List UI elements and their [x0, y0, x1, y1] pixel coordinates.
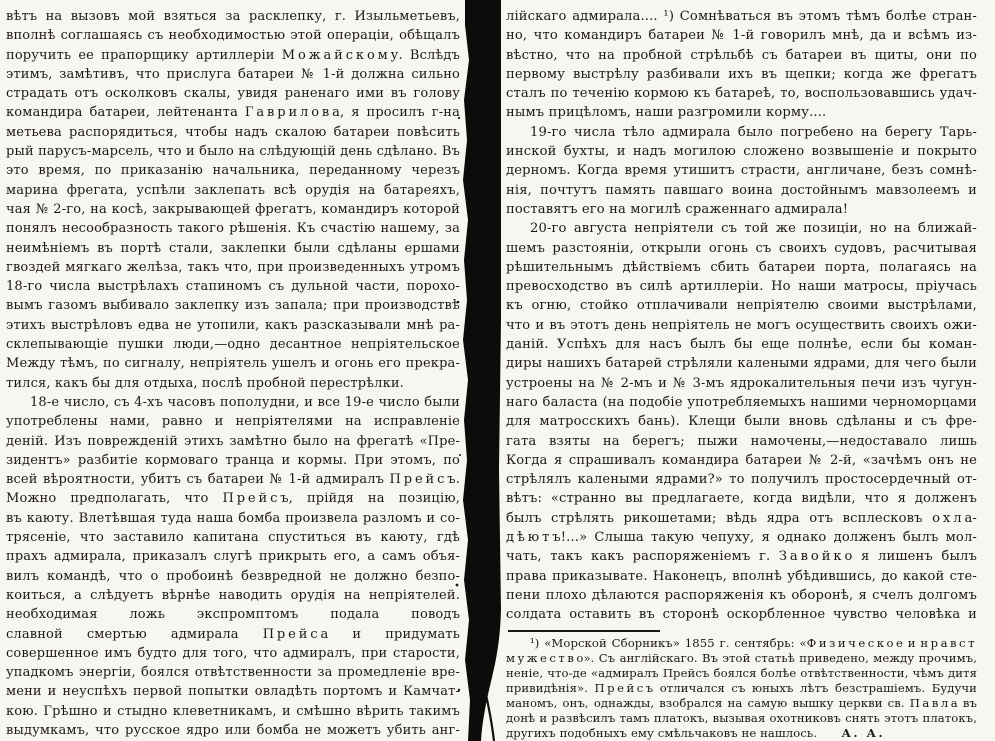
text-line: сталъ по теченію кормою къ батареѣ, то, … [506, 84, 977, 103]
text-line: 18-го числа выстрѣлахъ стапиномъ съ дуль… [6, 277, 460, 296]
text-line: шемъ разстояніи, открыли огонь съ своихъ… [506, 239, 977, 258]
text-line: необходимая ложь экспромптомъ подала пов… [6, 605, 460, 624]
text-line: кою. Грѣшно и стыдно клеветникамъ, и смѣ… [6, 702, 460, 721]
text-line: въ каюту. Влетѣвшая туда наша бомба прои… [6, 509, 460, 528]
text-line: этимъ, замѣтивъ, что прислуга батареи № … [6, 65, 460, 84]
text-line: первому выстрѣлу разбивали ихъ въ щепки;… [506, 65, 977, 84]
text-line: вѣтъ на вызовъ мой взяться за расклепку,… [6, 7, 460, 26]
text-line: стрѣлялъ калеными ядрами?» то получилъ п… [506, 470, 977, 489]
text-line: Когда я спрашивалъ командира батареи № 2… [506, 451, 977, 470]
text-line: поручить ее прапорщику артиллеріи М о ж … [6, 46, 460, 65]
text-line: Можно предполагать, что П р е й с ъ, прі… [6, 489, 460, 508]
text-line: прахъ адмирала, приказалъ слугѣ прикрыть… [6, 547, 460, 566]
book-gutter-shadow [455, 0, 505, 741]
scan-speckle [457, 301, 460, 304]
text-line: м у ж е с т в о». Съ англійскаго. Въ это… [506, 651, 977, 666]
text-line: маномъ, онъ, однажды, взобрался на самую… [506, 696, 977, 711]
text-line: что и въ этотъ день непріятель не могъ о… [506, 316, 977, 335]
text-line: гата взяты на берегъ; пыжи намочены,—нед… [506, 432, 977, 451]
text-line: чая № 2-го, на косѣ, закрывающей фрегатъ… [6, 200, 460, 219]
text-line: вѣстно, что на пробной стрѣльбѣ съ батар… [506, 46, 977, 65]
text-line: 20-го августа непріятели съ той же позиц… [506, 219, 977, 238]
text-line: всей вѣроятности, убитъ съ батареи № 1-й… [6, 470, 460, 489]
book-scan-spread: вѣтъ на вызовъ мой взяться за расклепку,… [0, 0, 995, 741]
text-line: вполнѣ соглашаясь съ необходимостью этой… [6, 26, 460, 45]
text-line: солдата оставить въ сторонѣ оскорбленное… [506, 605, 977, 624]
text-line: склепывающіе пушки люди,—одно десантное … [6, 335, 460, 354]
footnote: ¹) «Морской Сборникъ» 1855 г. сентябрь: … [506, 636, 977, 741]
text-line: метьева распорядиться, чтобы надъ скалою… [6, 123, 460, 142]
text-line: для матросскихъ бань). Клещи были вновь … [506, 412, 977, 431]
text-line: рѣшительнымъ дѣйствіемъ сбить батареи по… [506, 258, 977, 277]
text-line: трясеніе, что заставило капитана спустит… [6, 528, 460, 547]
text-line: 19-го числа тѣло адмирала было погребено… [506, 123, 977, 142]
text-line: но, что командиръ батареи № 1-й говорилъ… [506, 26, 977, 45]
text-line: Между тѣмъ, по сигналу, непріятель ушелъ… [6, 354, 460, 373]
text-line: это время, по приказанію начальника, пер… [6, 161, 460, 180]
text-line: деній. Изъ поврежденій этихъ замѣтно был… [6, 432, 460, 451]
text-line: тился, какъ бы для отдыха, послѣ пробной… [6, 374, 460, 393]
text-line: былъ стрѣлять рикошетами; вѣдь ядра отъ … [506, 509, 977, 528]
text-line: нымъ прицѣломъ, наши разгромили корму...… [506, 103, 977, 122]
text-line: наго баласта (на подобіе употребляемыхъ … [506, 393, 977, 412]
text-line: даній. Успѣхъ для насъ былъ бы еще полнѣ… [506, 335, 977, 354]
footnote-signature: А. А. [842, 726, 886, 741]
text-line: командира батареи, лейтенанта Г а в р и … [6, 103, 460, 122]
text-line: неимѣніемъ въ портѣ стали, заклепки были… [6, 239, 460, 258]
text-line: А. А.другихъ подобныхъ ему смѣльчаковъ н… [506, 726, 977, 741]
text-line: зидентъ» разбитіе кормоваго транца и кор… [6, 451, 460, 470]
text-line: пени плохо дѣлаются распоряженія къ обор… [506, 586, 977, 605]
gutter-ink-band [463, 0, 501, 741]
text-line: инской бухты, и надъ могилою сложено воз… [506, 142, 977, 161]
text-line: превосходство въ силѣ артиллеріи. Но наш… [506, 277, 977, 296]
text-line: вилъ командѣ, что о пробоинѣ безвредной … [6, 567, 460, 586]
text-line: вѣтъ: «странно вы предлагаете, когда вид… [506, 489, 977, 508]
left-page-column: вѣтъ на вызовъ мой взяться за расклепку,… [6, 7, 460, 740]
text-line: совершенное имъ будто для того, что адми… [6, 644, 460, 663]
text-line: славной смертью адмирала П р е й с а и п… [6, 625, 460, 644]
scan-speckle [458, 689, 460, 691]
right-page-column: лійскаго адмирала.... ¹) Сомнѣваться въ … [506, 7, 977, 741]
text-line: вымъ газомъ выбивало заклепку изъ запала… [6, 296, 460, 315]
text-line: диры нашихъ батарей стрѣляли калеными яд… [506, 354, 977, 373]
text-line: ¹) «Морской Сборникъ» 1855 г. сентябрь: … [506, 636, 977, 651]
text-line: коиться, а слѣдуетъ вѣрнѣе наводить оруд… [6, 586, 460, 605]
text-line: неніе, что-де «адмиралъ Прейсъ боялся бо… [506, 666, 977, 681]
text-line: гвоздей мягкаго желѣза, такъ что, при пр… [6, 258, 460, 277]
text-line: выдумкамъ, что русское ядро или бомба не… [6, 721, 460, 740]
text-line: употреблены нами, равно и непріятелями н… [6, 412, 460, 431]
scan-speckle [459, 454, 461, 456]
text-line: упадкомъ энергіи, боялся отвѣтственности… [6, 663, 460, 682]
text-line: страдать отъ осколковъ скалы, увидя ране… [6, 84, 460, 103]
scan-speckle [456, 584, 459, 587]
scan-speckle [458, 117, 460, 119]
text-line: устроены на № 2-мъ и № 3-мъ ядрокалитель… [506, 374, 977, 393]
text-line: привидѣнія». П р е й с ъ отличался съ юн… [506, 681, 977, 696]
text-line: чать, такъ какъ распоряженіемъ г. З а в … [506, 547, 977, 566]
text-line: дерномъ. Когда время утишитъ страсти, ан… [506, 161, 977, 180]
text-line: поставятъ его на могилѣ сраженнаго адмир… [506, 200, 977, 219]
text-line: 18-е число, съ 4-хъ часовъ пополудни, и … [6, 393, 460, 412]
text-line: къ огню, стойко отплачивали непріятелю с… [506, 296, 977, 315]
text-line: марина фрегата, успѣли заклепать всѣ ору… [6, 181, 460, 200]
text-line: нія, почтутъ память павшаго воина достой… [506, 181, 977, 200]
text-line: права приказывате. Наконецъ, вполнѣ убѣд… [506, 567, 977, 586]
text-line: донѣ и развѣсилъ тамъ платокъ, вызывая о… [506, 711, 977, 726]
right-page-main-text: лійскаго адмирала.... ¹) Сомнѣваться въ … [506, 7, 977, 625]
text-line: д ѣ ю т ъ!...» Слыша такую чепуху, я одн… [506, 528, 977, 547]
text-line: этихъ выстрѣловъ едва не утопили, какъ р… [6, 316, 460, 335]
text-line: понялъ несообразность такого рѣшенія. Къ… [6, 219, 460, 238]
text-line: лійскаго адмирала.... ¹) Сомнѣваться въ … [506, 7, 977, 26]
text-line: мени и неуспѣхъ первой попытки овладѣть … [6, 682, 460, 701]
footnote-separator [508, 630, 660, 632]
text-line: рый парусъ-марсель, что и было на слѣдую… [6, 142, 460, 161]
